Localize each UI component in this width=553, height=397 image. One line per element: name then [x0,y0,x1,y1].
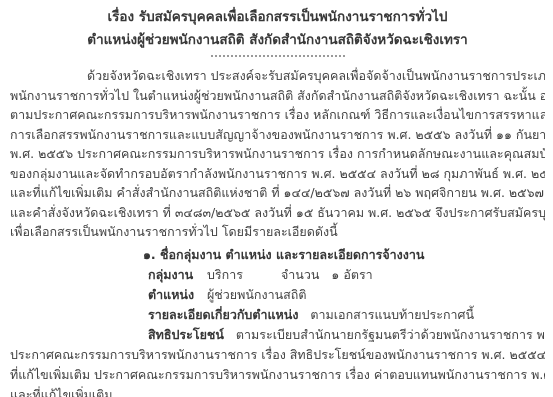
document-title-line-2: ตำแหน่งผู้ช่วยพนักงานสถิติ สังกัดสำนักงา… [10,29,545,52]
position-details-value: ตามเอกสารแนบท้ายประกาศนี้ [310,307,474,322]
intro-line: พนักงานราชการทั่วไป ในตำแหน่งผู้ช่วยพนัก… [10,86,545,106]
intro-paragraph: ด้วยจังหวัดฉะเชิงเทรา ประสงค์จะรับสมัครบ… [10,66,545,242]
benefits-label: สิทธิประโยชน์ [148,327,224,342]
work-group-count-value: ๑ อัตรา [331,267,372,282]
intro-line: การเลือกสรรพนักงานราชการและแบบสัญญาจ้างข… [10,125,545,145]
position-value: ผู้ช่วยพนักงานสถิติ [207,287,307,302]
dotted-separator [211,55,345,57]
benefits-continuation-line: และที่แก้ไขเพิ่มเติม [10,385,545,397]
intro-line: เพื่อเลือกสรรเป็นพนักงานราชการทั่วไป โดย… [10,222,545,242]
position-row: ตำแหน่ง ผู้ช่วยพนักงานสถิติ [148,285,545,305]
intro-line: ตามประกาศคณะกรรมการบริหารพนักงานราชการ เ… [10,105,545,125]
position-details-label: รายละเอียดเกี่ยวกับตำแหน่ง [148,307,298,322]
section-1-job-details: ๑. ชื่อกลุ่มงาน ตำแหน่ง และรายละเอียดการ… [10,245,545,397]
work-group-count-label: จำนวน [281,267,319,282]
position-details-row: รายละเอียดเกี่ยวกับตำแหน่ง ตามเอกสารแนบท… [148,305,545,325]
intro-line: พ.ศ. ๒๕๕๖ ประกาศคณะกรรมการบริหารพนักงานร… [10,144,545,164]
intro-line: ของกลุ่มงานและจัดทำกรอบอัตรากำลังพนักงาน… [10,164,545,184]
intro-line: ด้วยจังหวัดฉะเชิงเทรา ประสงค์จะรับสมัครบ… [10,66,545,86]
benefits-continuation-line: ประกาศคณะกรรมการบริหารพนักงานราชการ เรื่… [10,345,545,365]
work-group-row: กลุ่มงาน บริการ จำนวน ๑ อัตรา [148,265,545,285]
intro-line: และคำสั่งจังหวัดฉะเชิงเทรา ที่ ๓๔๘๓/๒๕๖๕… [10,203,545,223]
section-1-heading: ๑. ชื่อกลุ่มงาน ตำแหน่ง และรายละเอียดการ… [143,245,545,265]
announcement-document-page: เรื่อง รับสมัครบุคคลเพื่อเลือกสรรเป็นพนั… [0,0,553,397]
benefits-value: ตามระเบียบสำนักนายกรัฐมนตรีว่าด้วยพนักงา… [236,327,545,342]
benefits-continuation-line: ที่แก้ไขเพิ่มเติม ประกาศคณะกรรมการบริหาร… [10,365,545,385]
document-title-line-1: เรื่อง รับสมัครบุคคลเพื่อเลือกสรรเป็นพนั… [10,6,545,29]
work-group-value: บริการ [207,265,277,285]
position-label: ตำแหน่ง [148,285,203,305]
benefits-row: สิทธิประโยชน์ ตามระเบียบสำนักนายกรัฐมนตร… [148,325,545,345]
work-group-label: กลุ่มงาน [148,265,203,285]
intro-line: และที่แก้ไขเพิ่มเติม คำสั่งสำนักงานสถิติ… [10,183,545,203]
